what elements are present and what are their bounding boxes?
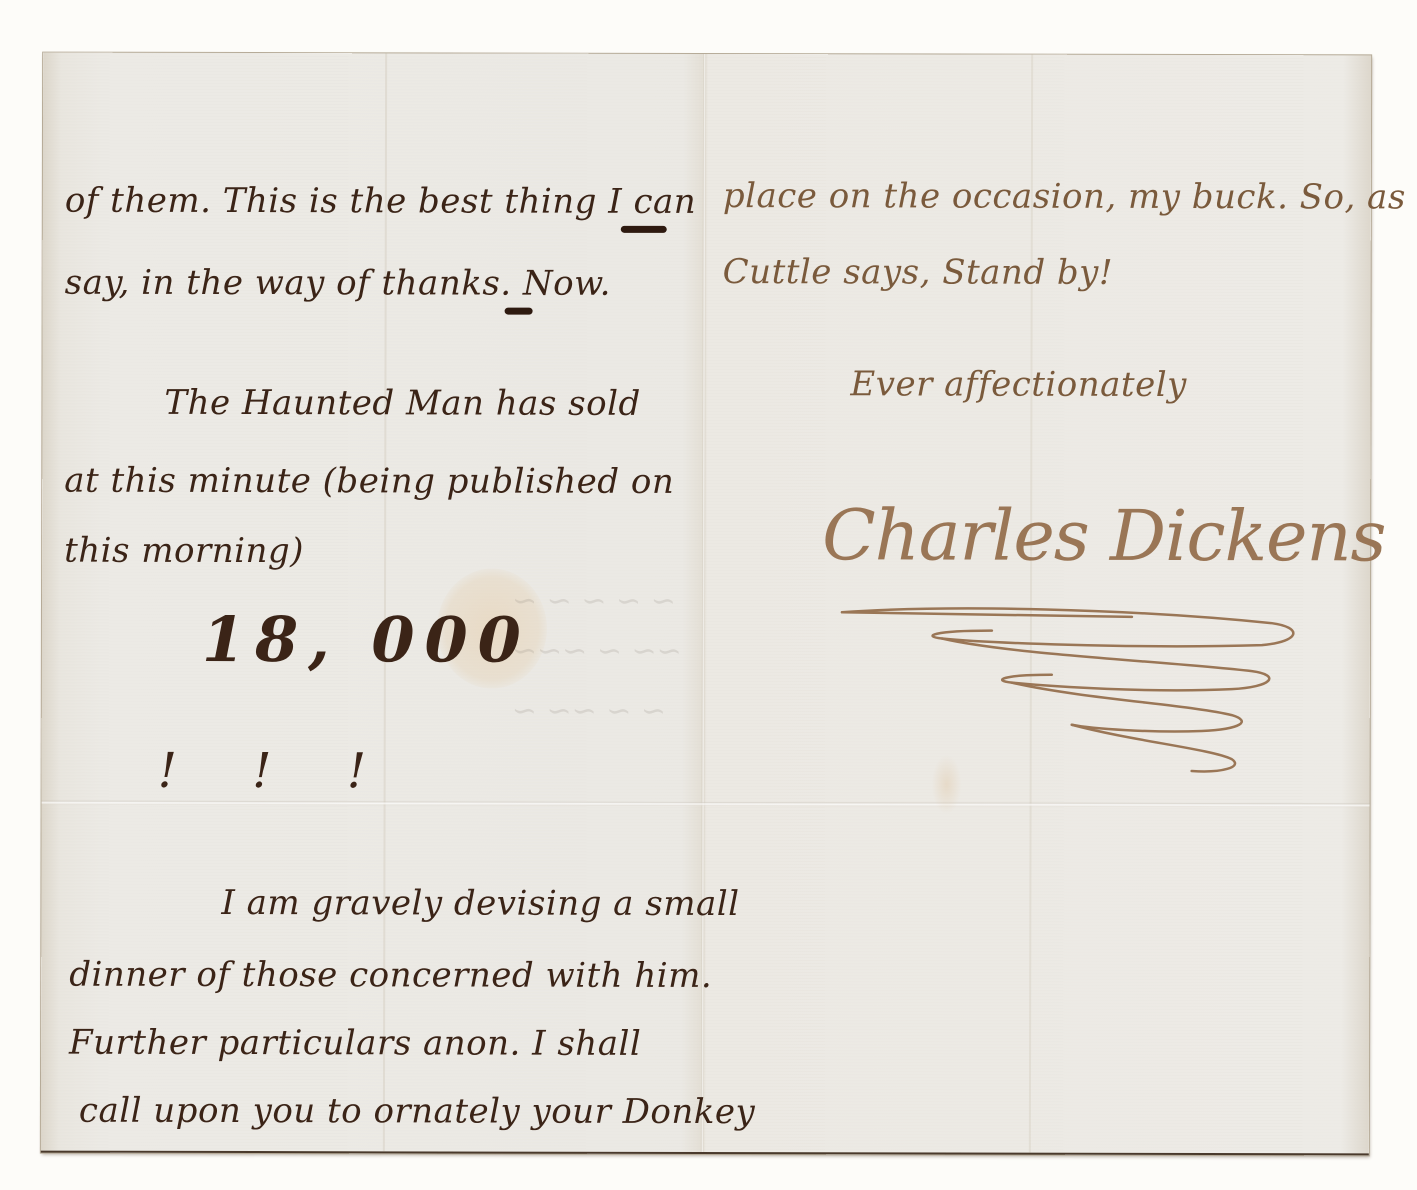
letter-line: Further particulars anon. I shall [69,1023,641,1064]
signature-flourish-icon [832,594,1302,815]
letter-line: Cuttle says, Stand by! [723,252,1113,293]
letter-line: say, in the way of thanks. Now. [65,263,611,304]
letter-line: of them. This is the best thing I can [65,181,696,222]
signature: Charles Dickens [822,494,1386,577]
underline-stroke [505,308,533,315]
bleed-through-text: ~ ~ ~ ~ ~ [512,584,676,619]
letter-line: dinner of those concerned with him. [69,955,712,996]
bleed-through-text: ~~ ~ ~~~ [512,634,682,669]
letter-line: place on the occasion, my buck. So, as C… [723,176,1417,218]
underline-stroke [621,226,667,233]
letter-line: I am gravely devising a small [221,883,739,924]
exclamation-marks: ! ! ! [158,743,397,799]
bleed-through-text: ~ ~ ~~ ~ [512,694,666,729]
letter-line: at this minute (being published on [64,461,674,502]
closing-salutation: Ever affectionately [850,364,1186,405]
letter-line: this morning) [64,531,304,572]
sales-figure: 18, 000 [202,603,531,677]
letter-paper: ~ ~ ~ ~ ~ ~~ ~ ~~~ ~ ~ ~~ ~ of them. Thi… [41,53,1371,1156]
letter-line: The Haunted Man has sold [164,383,640,424]
letter-line: call upon you to ornately your Donkey [79,1091,755,1132]
